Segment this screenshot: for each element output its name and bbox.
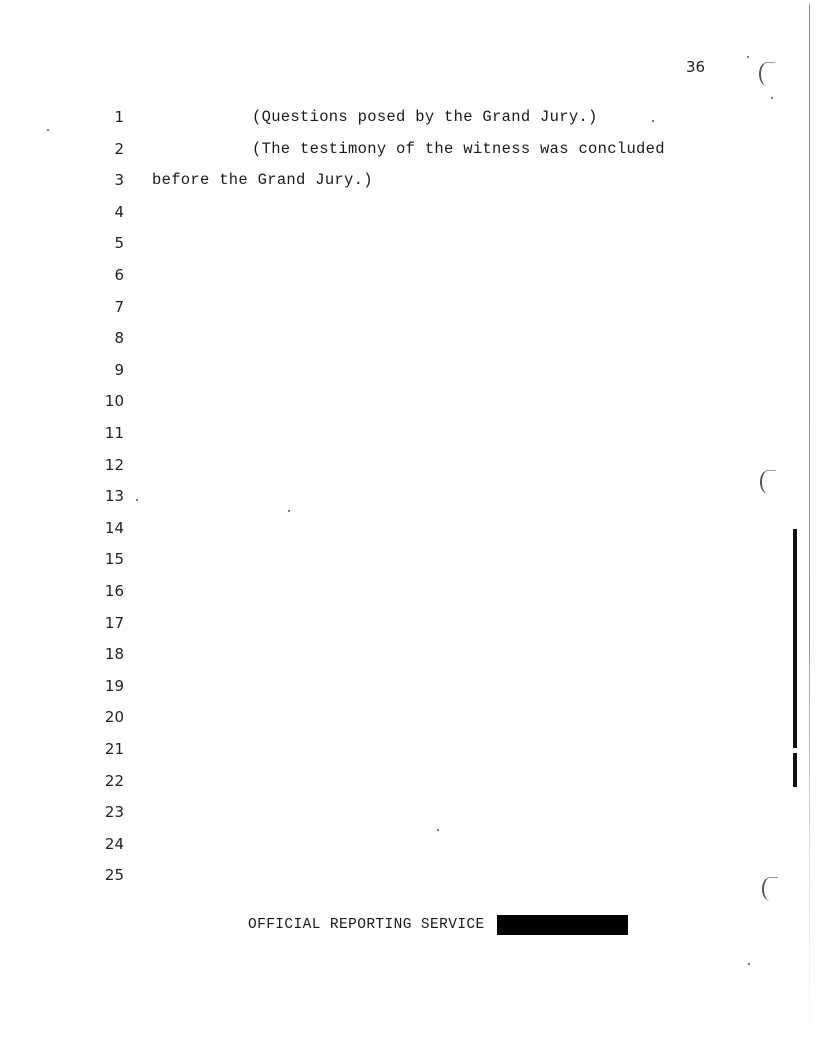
transcript-line: 4 bbox=[0, 203, 740, 223]
line-number: 5 bbox=[96, 234, 124, 252]
line-text: (The testimony of the witness was conclu… bbox=[252, 140, 665, 158]
line-text: before the Grand Jury.) bbox=[152, 171, 373, 189]
transcript-line: 16 bbox=[0, 582, 740, 602]
transcript-line: 9 bbox=[0, 361, 740, 381]
line-number: 9 bbox=[96, 361, 124, 379]
transcript-line: 25 bbox=[0, 866, 740, 886]
line-number: 15 bbox=[96, 550, 124, 568]
scan-speck bbox=[288, 510, 290, 512]
scan-speck bbox=[136, 499, 138, 501]
transcript-line: 17 bbox=[0, 614, 740, 634]
transcript-line: 6 bbox=[0, 266, 740, 286]
line-number: 17 bbox=[96, 614, 124, 632]
line-number: 1 bbox=[96, 108, 124, 126]
scan-speck bbox=[771, 97, 773, 99]
punch-hole-mark-bottom bbox=[762, 877, 778, 901]
scan-speck bbox=[652, 120, 654, 122]
transcript-line: 15 bbox=[0, 550, 740, 570]
transcript-line: 3before the Grand Jury.) bbox=[0, 171, 740, 191]
line-number: 22 bbox=[96, 772, 124, 790]
line-number: 20 bbox=[96, 708, 124, 726]
scan-speck bbox=[748, 963, 750, 965]
line-number: 24 bbox=[96, 835, 124, 853]
line-text: (Questions posed by the Grand Jury.) bbox=[252, 108, 598, 126]
punch-hole-mark-top bbox=[759, 62, 775, 86]
transcript-line: 8 bbox=[0, 329, 740, 349]
transcript-line: 20 bbox=[0, 708, 740, 728]
line-number: 6 bbox=[96, 266, 124, 284]
transcript-line: 5 bbox=[0, 234, 740, 254]
transcript-line: 11 bbox=[0, 424, 740, 444]
line-number: 25 bbox=[96, 866, 124, 884]
line-number: 10 bbox=[96, 392, 124, 410]
page-edge-line bbox=[809, 4, 810, 1056]
line-number: 19 bbox=[96, 677, 124, 695]
transcript-line: 14 bbox=[0, 519, 740, 539]
line-number: 7 bbox=[96, 298, 124, 316]
transcript-line: 10 bbox=[0, 392, 740, 412]
transcript-line: 22 bbox=[0, 772, 740, 792]
line-number: 23 bbox=[96, 803, 124, 821]
transcript-line: 2(The testimony of the witness was concl… bbox=[0, 140, 740, 160]
transcript-line: 12 bbox=[0, 456, 740, 476]
line-number: 3 bbox=[96, 171, 124, 189]
transcript-line: 23 bbox=[0, 803, 740, 823]
line-number: 21 bbox=[96, 740, 124, 758]
transcript-line: 19 bbox=[0, 677, 740, 697]
line-number: 4 bbox=[96, 203, 124, 221]
page-number: 36 bbox=[686, 58, 705, 76]
line-number: 12 bbox=[96, 456, 124, 474]
line-number: 13 bbox=[96, 487, 124, 505]
scan-speck bbox=[47, 129, 49, 131]
line-number: 2 bbox=[96, 140, 124, 158]
transcript-line: 13 bbox=[0, 487, 740, 507]
transcript-line: 21 bbox=[0, 740, 740, 760]
footer-reporting-service: OFFICIAL REPORTING SERVICE bbox=[248, 917, 485, 933]
transcript-line: 1(Questions posed by the Grand Jury.) bbox=[0, 108, 740, 128]
line-number: 14 bbox=[96, 519, 124, 537]
punch-hole-mark-middle bbox=[760, 470, 776, 494]
scan-speck bbox=[747, 56, 749, 58]
line-number: 18 bbox=[96, 645, 124, 663]
binding-bar-gap bbox=[793, 748, 797, 753]
line-number: 16 bbox=[96, 582, 124, 600]
transcript-line: 24 bbox=[0, 835, 740, 855]
transcript-line: 7 bbox=[0, 298, 740, 318]
scan-speck bbox=[437, 829, 439, 831]
line-number: 11 bbox=[96, 424, 124, 442]
transcript-line: 18 bbox=[0, 645, 740, 665]
line-number: 8 bbox=[96, 329, 124, 347]
redaction-block bbox=[497, 915, 628, 935]
